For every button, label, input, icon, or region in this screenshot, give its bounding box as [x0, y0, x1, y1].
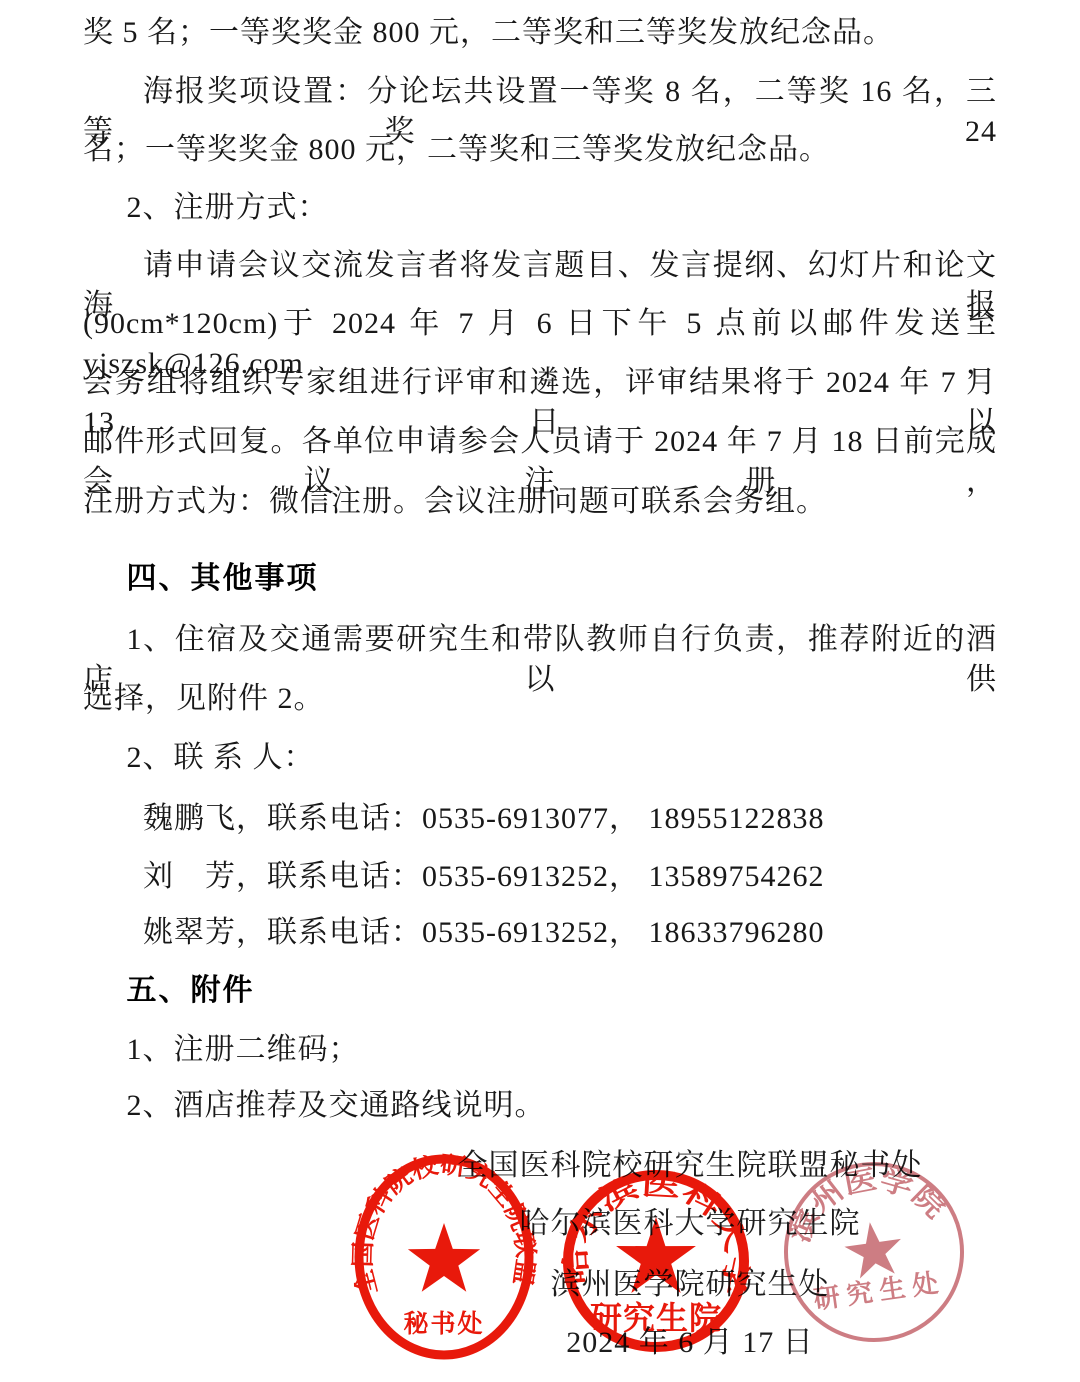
- seal-bottom-text: 研究生院: [590, 1300, 722, 1336]
- body-line: 名；一等奖奖金 800 元，二等奖和三等奖发放纪念品。: [83, 130, 997, 170]
- document-page: 奖 5 名；一等奖奖金 800 元，二等奖和三等奖发放纪念品。 海报奖项设置：分…: [0, 0, 1080, 1382]
- body-line: 2、注册方式：: [83, 188, 997, 228]
- body-line: 奖 5 名；一等奖奖金 800 元，二等奖和三等奖发放纪念品。: [83, 13, 997, 53]
- official-seal-alliance-secretariat: 全国医科院校研究生院联盟 秘书处: [349, 1149, 539, 1365]
- official-seal-binzhou-graduate-office: 滨州医学院 研究生处: [781, 1160, 967, 1344]
- body-line: 1、注册二维码；: [83, 1030, 997, 1070]
- seal-bottom-text: 研究生处: [812, 1267, 947, 1315]
- official-seal-harbin-graduate-school: 哈尔滨医科大学 研究生院: [560, 1167, 752, 1355]
- section-heading-other-items: 四、其他事项: [83, 559, 997, 599]
- body-line: 选择，见附件 2。: [83, 679, 997, 719]
- seal-star-icon: [616, 1217, 696, 1293]
- body-line: 2、联 系 人：: [83, 738, 997, 778]
- seal-bottom-text: 秘书处: [403, 1310, 484, 1338]
- contact-line: 刘 芳，联系电话：0535-6913252， 13589754262: [83, 857, 997, 897]
- contact-line: 姚翠芳，联系电话：0535-6913252， 18633796280: [83, 913, 997, 953]
- seal-star-icon: [408, 1223, 480, 1292]
- seal-star-icon: [842, 1218, 906, 1280]
- section-heading-attachments: 五、附件: [83, 971, 997, 1011]
- contact-line: 魏鹏飞，联系电话：0535-6913077， 18955122838: [83, 799, 997, 839]
- body-line: 注册方式为：微信注册。会议注册问题可联系会务组。: [83, 482, 997, 522]
- body-line: 2、酒店推荐及交通路线说明。: [83, 1086, 997, 1126]
